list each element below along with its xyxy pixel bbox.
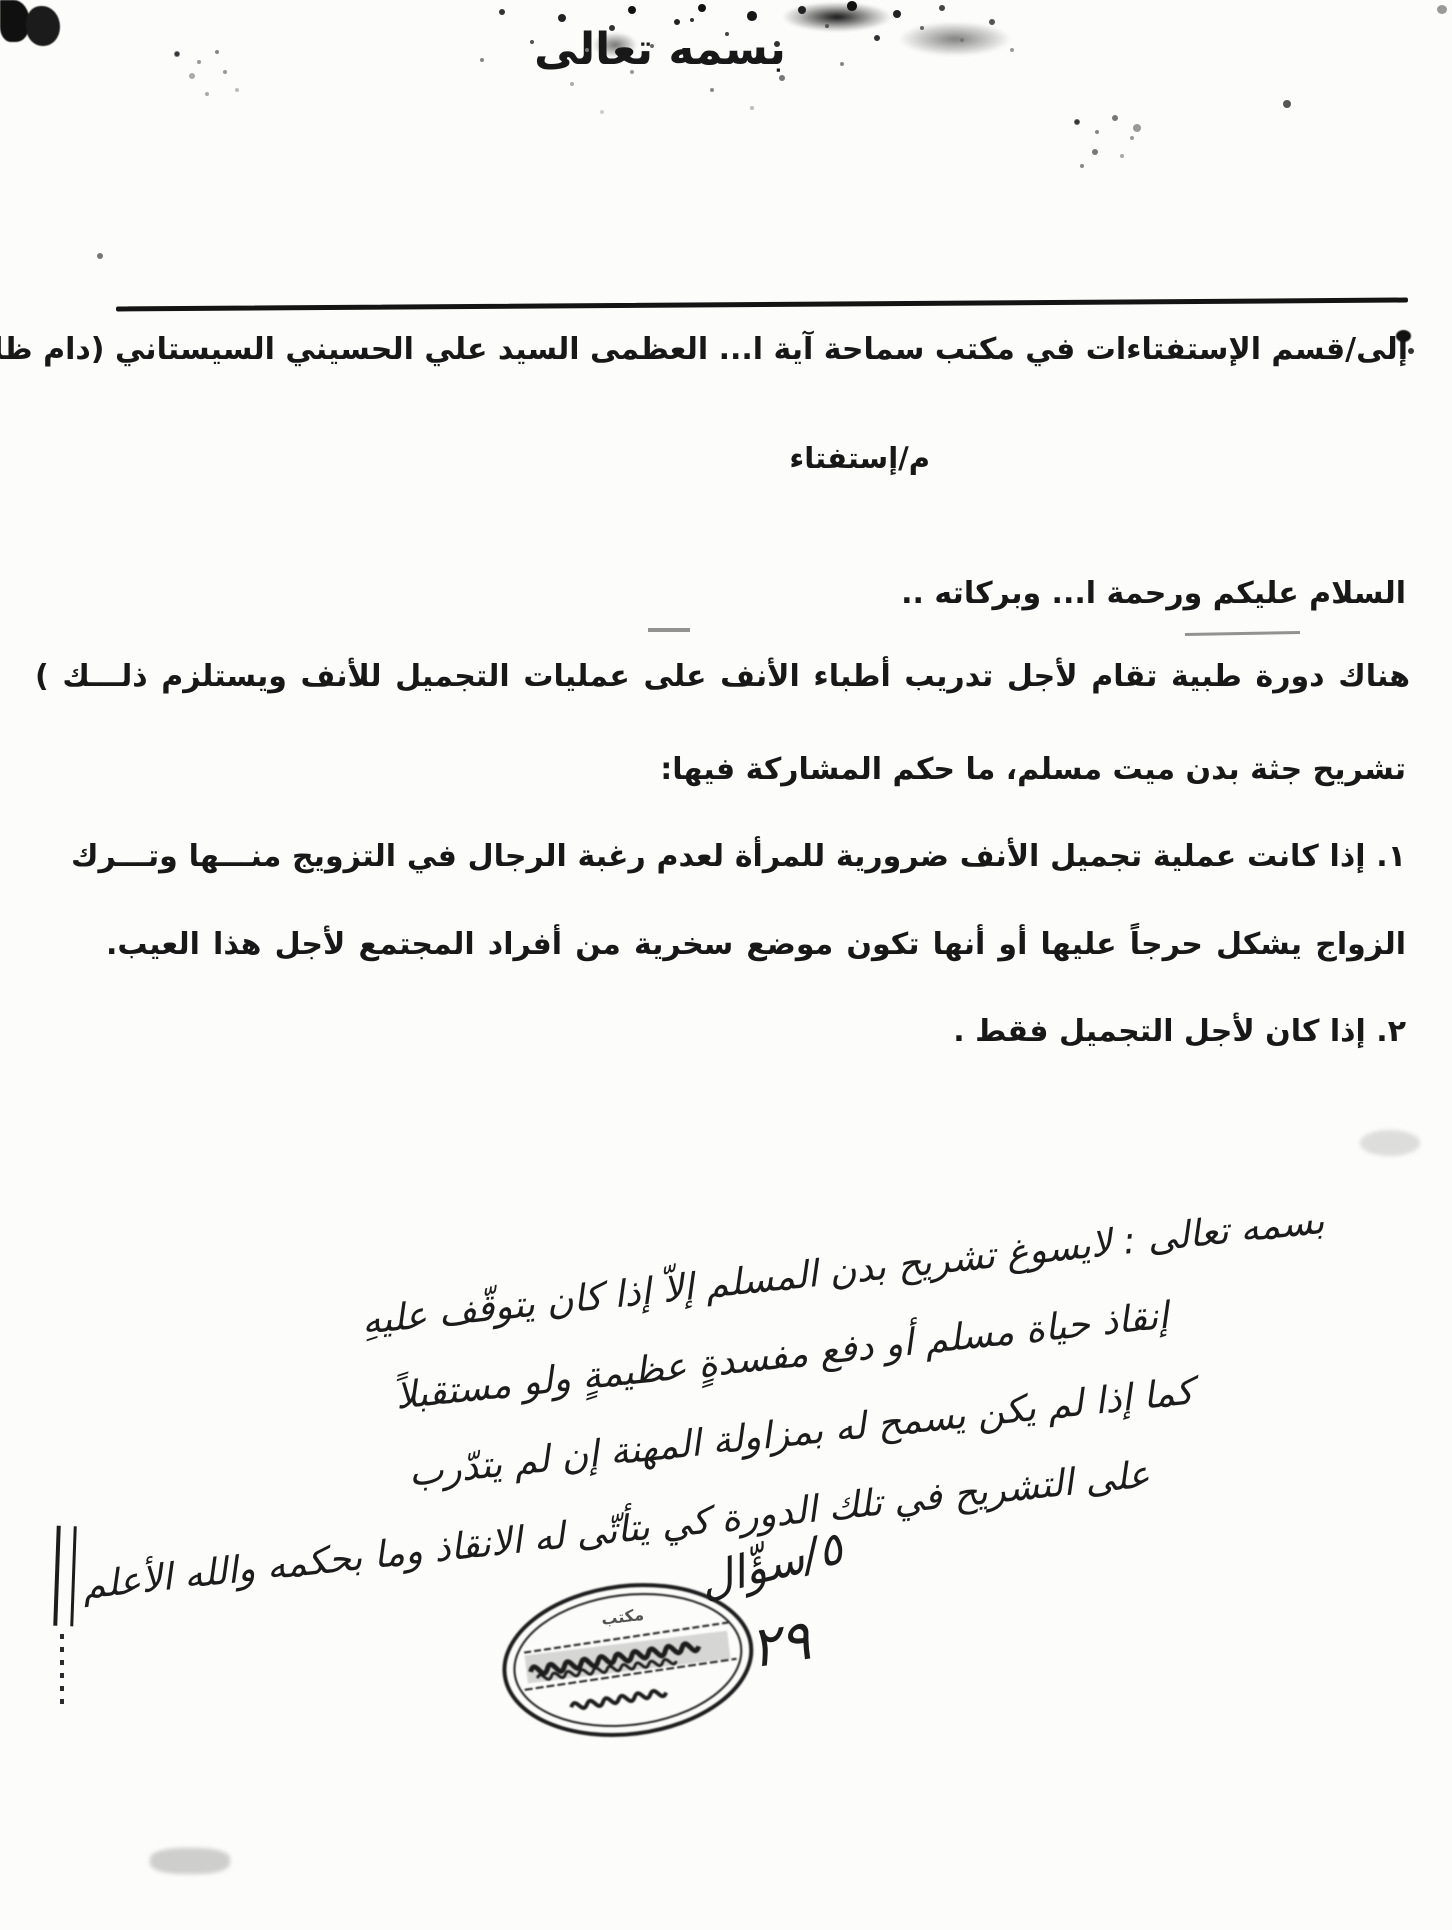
underline-artifact [1185, 631, 1300, 636]
question-intro-line-1: هناك دورة طبية تقام لأجل تدريب أطباء الأ… [35, 659, 1410, 694]
dash-artifact [648, 628, 690, 632]
pen-mark-dots [60, 1634, 64, 1704]
divider-rule [116, 297, 1408, 311]
address-line: إلى/قسم الإستفتاءات في مكتب سماحة آية ا.… [0, 332, 1408, 367]
greeting-line: السلام عليكم ورحمة ا... وبركاته .. [901, 576, 1406, 611]
scan-noise-smudge [1360, 1130, 1420, 1156]
scan-noise-smudge [150, 1848, 230, 1874]
subject-line: م/إستفتاء [789, 441, 930, 475]
office-seal-stamp: مكتب [487, 1565, 769, 1758]
stamp-top-text: مكتب [600, 1605, 645, 1629]
question-item-2: ٢. إذا كان لأجل التجميل فقط . [953, 1014, 1406, 1049]
scan-noise-blob [880, 16, 1030, 62]
scan-noise-dot [1283, 100, 1291, 108]
scan-noise-corner-blob [26, 6, 60, 46]
pen-mark-vertical [53, 1526, 76, 1627]
scan-noise-dot [97, 253, 103, 259]
scan-noise-speckles [1075, 120, 1079, 124]
scan-noise-dot [1437, 5, 1447, 14]
scanned-document-page: بسمه تعالى إلى/قسم الإستفتاءات في مكتب س… [0, 0, 1452, 1930]
question-item-1-line-2: الزواج يشكل حرجاً عليها أو أنها تكون موض… [106, 927, 1406, 962]
scan-noise-speckles [690, 18, 694, 22]
question-item-1-line-1: ١. إذا كانت عملية تجميل الأنف ضرورية للم… [71, 839, 1406, 874]
scan-noise-speckles [175, 52, 179, 56]
scan-noise-dot [1408, 348, 1414, 354]
bismillah-header: بسمه تعالى [450, 24, 870, 75]
seal-stamp-icon: مكتب [487, 1565, 769, 1758]
scan-noise-corner-blob [0, 0, 30, 42]
question-intro-line-2: تشريح جثة بدن ميت مسلم، ما حكم المشاركة … [660, 752, 1406, 787]
